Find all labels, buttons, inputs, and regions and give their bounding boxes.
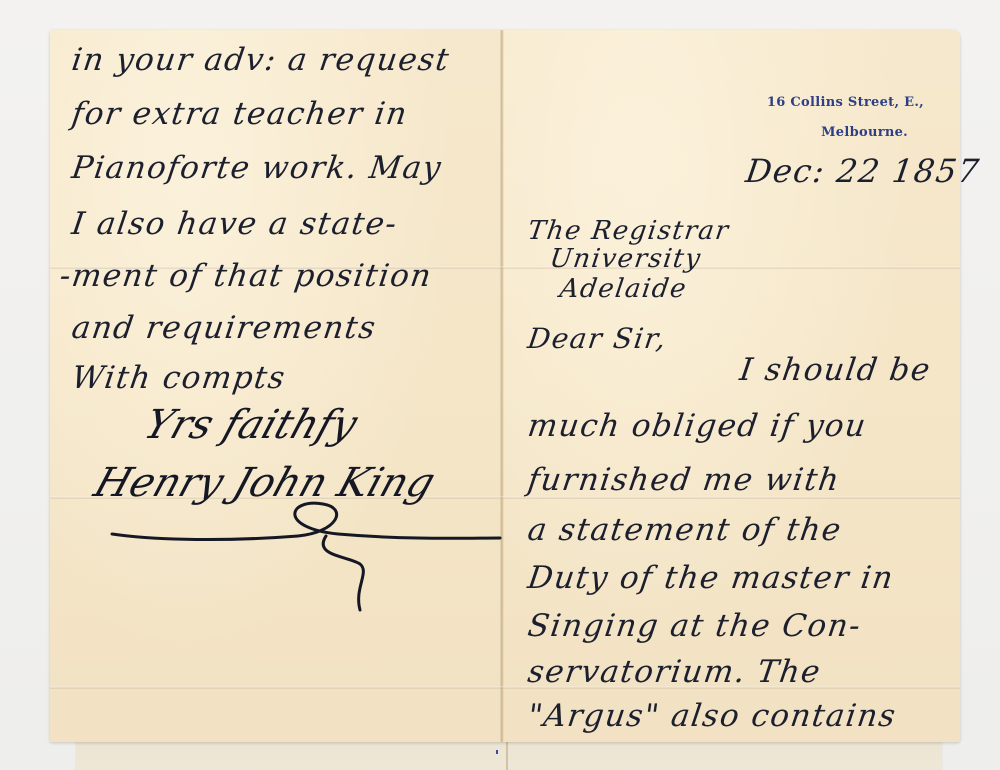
- horizontal-fold: [50, 686, 960, 689]
- closing: Yrs faithfy: [139, 402, 363, 448]
- body-line: in your adv: a request: [69, 42, 452, 78]
- body-line: Duty of the master in: [525, 560, 896, 596]
- body-line: I also have a state-: [69, 206, 400, 242]
- body-line: servatorium. The: [525, 654, 823, 690]
- salutation: Dear Sir,: [526, 322, 669, 355]
- recipient-line: The Registrar: [526, 216, 732, 246]
- letterhead: 16 Collins Street, E., Melbourne.: [767, 88, 924, 148]
- letter-date: Dec: 22 1857: [743, 152, 982, 190]
- body-line: Pianoforte work. May: [69, 150, 444, 186]
- underlying-sheet: [76, 738, 942, 770]
- letter: 16 Collins Street, E., Melbourne. Dec: 2…: [50, 30, 960, 742]
- signature-flourish: [108, 498, 508, 638]
- underlying-sheet-crease: [506, 738, 508, 770]
- body-line: I should be: [737, 352, 933, 388]
- ink-mark: [496, 750, 498, 754]
- body-line: much obliged if you: [525, 408, 869, 444]
- body-line: and requirements: [69, 310, 378, 346]
- body-line: "Argus" also contains: [525, 698, 898, 734]
- recipient-line: Adelaide: [558, 274, 689, 304]
- recipient-line: University: [548, 244, 703, 274]
- letterhead-city: Melbourne.: [767, 118, 908, 148]
- body-line: a statement of the: [525, 512, 844, 548]
- body-line: for extra teacher in: [69, 96, 410, 132]
- body-line: furnished me with: [525, 462, 842, 498]
- closing-phrase: With compts: [69, 360, 288, 396]
- body-line: Singing at the Con-: [525, 608, 863, 644]
- letterhead-address: 16 Collins Street, E.,: [767, 88, 924, 118]
- body-line: -ment of that position: [57, 258, 434, 294]
